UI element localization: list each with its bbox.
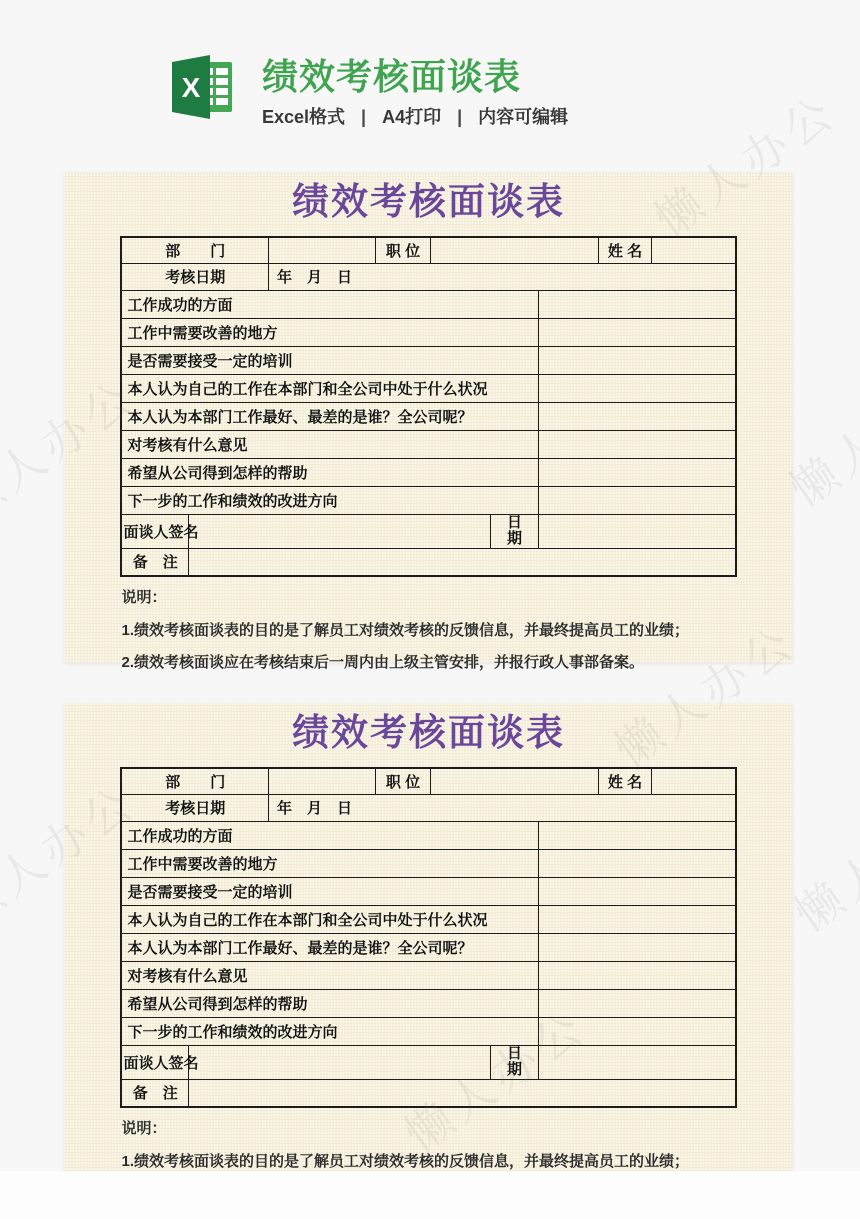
remark-label: 备 注 (121, 548, 188, 576)
position-label: 职 位 (376, 237, 431, 263)
page-header: X 绩效考核面谈表 Excel格式|A4打印|内容可编辑 (170, 55, 568, 129)
table-row-question: 对考核有什么意见 (121, 430, 735, 458)
answer-cell (539, 346, 736, 374)
question-text: 希望从公司得到怎样的帮助 (121, 989, 538, 1017)
answer-cell (539, 877, 736, 905)
table-row-remark: 备 注 (121, 1079, 735, 1107)
table-row-date: 考核日期 年 月 日 (121, 794, 735, 821)
interviewer-sign-label: 面谈人签名 (121, 1045, 188, 1079)
dept-label: 部 门 (121, 768, 268, 794)
question-text: 对考核有什么意见 (121, 430, 538, 458)
subtitle-separator: | (457, 107, 462, 127)
signature-cell (188, 1045, 490, 1079)
name-label: 姓 名 (599, 237, 652, 263)
table-row-remark: 备 注 (121, 548, 735, 576)
position-value-cell (431, 768, 599, 794)
template-preview-page: { "header": { "icon": "excel-icon", "tit… (0, 0, 860, 1219)
table-row-question: 本人认为自己的工作在本部门和全公司中处于什么状况 (121, 905, 735, 933)
name-value-cell (652, 237, 736, 263)
table-row-question: 希望从公司得到怎样的帮助 (121, 989, 735, 1017)
signature-cell (188, 514, 490, 548)
question-text: 本人认为本部门工作最好、最差的是谁？全公司呢？ (121, 402, 538, 430)
table-row-signature: 面谈人签名 日期 (121, 514, 735, 548)
dept-label: 部 门 (121, 237, 268, 263)
assess-date-value-cell: 年 月 日 (269, 794, 736, 821)
dept-value-cell (269, 768, 376, 794)
subtitle-editable: 内容可编辑 (478, 107, 568, 127)
question-text: 下一步的工作和绩效的改进方向 (121, 1017, 538, 1045)
note-item: 1.绩效考核面谈表的目的是了解员工对绩效考核的反馈信息，并最终提高员工的业绩； (122, 1152, 736, 1171)
question-text: 是否需要接受一定的培训 (121, 346, 538, 374)
remark-label: 备 注 (121, 1079, 188, 1107)
answer-cell (539, 458, 736, 486)
table-row-date: 考核日期 年 月 日 (121, 263, 735, 290)
table-row-question: 下一步的工作和绩效的改进方向 (121, 1017, 735, 1045)
bottom-strip (0, 1171, 860, 1219)
interviewer-sign-label: 面谈人签名 (121, 514, 188, 548)
svg-text:X: X (182, 72, 201, 103)
dept-value-cell (269, 237, 376, 263)
answer-cell (539, 961, 736, 989)
note-item: 2.绩效考核面谈应在考核结束后一周内由上级主管安排，并报行政人事部备案。 (122, 653, 736, 673)
appraisal-form-table: 部 门 职 位 姓 名 考核日期 年 月 日 工作成功的方面 工作中需要改善的地… (120, 236, 736, 577)
subtitle-print: A4打印 (382, 107, 441, 127)
assess-date-label: 考核日期 (121, 263, 268, 290)
page-subtitle: Excel格式|A4打印|内容可编辑 (262, 103, 568, 129)
table-row-question: 工作成功的方面 (121, 821, 735, 849)
table-row-question: 工作中需要改善的地方 (121, 318, 735, 346)
table-row-question: 本人认为本部门工作最好、最差的是谁？全公司呢？ (121, 402, 735, 430)
question-text: 工作成功的方面 (121, 290, 538, 318)
question-text: 工作成功的方面 (121, 821, 538, 849)
page-header-text: 绩效考核面谈表 Excel格式|A4打印|内容可编辑 (262, 55, 568, 129)
subtitle-format: Excel格式 (262, 107, 345, 127)
table-row-question: 下一步的工作和绩效的改进方向 (121, 486, 735, 514)
question-text: 是否需要接受一定的培训 (121, 877, 538, 905)
notes-label: 说明： (122, 587, 736, 609)
question-text: 希望从公司得到怎样的帮助 (121, 458, 538, 486)
table-row-question: 本人认为自己的工作在本部门和全公司中处于什么状况 (121, 374, 735, 402)
note-item: 1.绩效考核面谈表的目的是了解员工对绩效考核的反馈信息，并最终提高员工的业绩； (122, 621, 736, 641)
question-text: 下一步的工作和绩效的改进方向 (121, 486, 538, 514)
answer-cell (539, 933, 736, 961)
table-row-question: 是否需要接受一定的培训 (121, 877, 735, 905)
answer-cell (539, 402, 736, 430)
answer-cell (539, 430, 736, 458)
question-text: 本人认为本部门工作最好、最差的是谁？全公司呢？ (121, 933, 538, 961)
table-row-question: 希望从公司得到怎样的帮助 (121, 458, 735, 486)
name-label: 姓 名 (599, 768, 652, 794)
table-row-info: 部 门 职 位 姓 名 (121, 768, 735, 794)
question-text: 本人认为自己的工作在本部门和全公司中处于什么状况 (121, 905, 538, 933)
table-row-info: 部 门 职 位 姓 名 (121, 237, 735, 263)
question-text: 对考核有什么意见 (121, 961, 538, 989)
table-row-question: 对考核有什么意见 (121, 961, 735, 989)
answer-cell (539, 290, 736, 318)
remark-cell (188, 1079, 735, 1107)
excel-icon: X (170, 55, 234, 119)
assess-date-label: 考核日期 (121, 794, 268, 821)
answer-cell (539, 1017, 736, 1045)
question-text: 工作中需要改善的地方 (121, 849, 538, 877)
answer-cell (539, 905, 736, 933)
sign-date-label: 日期 (491, 1045, 539, 1079)
table-row-question: 是否需要接受一定的培训 (121, 346, 735, 374)
form-title: 绩效考核面谈表 (64, 709, 793, 759)
question-text: 本人认为自己的工作在本部门和全公司中处于什么状况 (121, 374, 538, 402)
sign-date-cell (539, 1045, 736, 1079)
sign-date-cell (539, 514, 736, 548)
question-text: 工作中需要改善的地方 (121, 318, 538, 346)
sign-date-label: 日期 (491, 514, 539, 548)
remark-cell (188, 548, 735, 576)
assess-date-value-cell: 年 月 日 (269, 263, 736, 290)
table-row-signature: 面谈人签名 日期 (121, 1045, 735, 1079)
answer-cell (539, 318, 736, 346)
form-preview-card-2: 绩效考核面谈表 部 门 职 位 姓 名 考核日期 年 月 日 工作成功的方面 工… (64, 703, 793, 1171)
form-notes: 说明： 1.绩效考核面谈表的目的是了解员工对绩效考核的反馈信息，并最终提高员工的… (122, 587, 736, 673)
table-row-question: 工作成功的方面 (121, 290, 735, 318)
notes-label: 说明： (122, 1118, 736, 1140)
form-title: 绩效考核面谈表 (64, 178, 793, 228)
answer-cell (539, 486, 736, 514)
subtitle-separator: | (361, 107, 366, 127)
position-value-cell (431, 237, 599, 263)
form-preview-card-1: 绩效考核面谈表 部 门 职 位 姓 名 考核日期 年 月 日 工作成功的方面 工… (64, 172, 793, 663)
appraisal-form-table: 部 门 职 位 姓 名 考核日期 年 月 日 工作成功的方面 工作中需要改善的地… (120, 767, 736, 1108)
form-notes: 说明： 1.绩效考核面谈表的目的是了解员工对绩效考核的反馈信息，并最终提高员工的… (122, 1118, 736, 1171)
answer-cell (539, 989, 736, 1017)
position-label: 职 位 (376, 768, 431, 794)
answer-cell (539, 849, 736, 877)
name-value-cell (652, 768, 736, 794)
table-row-question: 本人认为本部门工作最好、最差的是谁？全公司呢？ (121, 933, 735, 961)
answer-cell (539, 374, 736, 402)
page-title: 绩效考核面谈表 (262, 55, 568, 99)
table-row-question: 工作中需要改善的地方 (121, 849, 735, 877)
answer-cell (539, 821, 736, 849)
